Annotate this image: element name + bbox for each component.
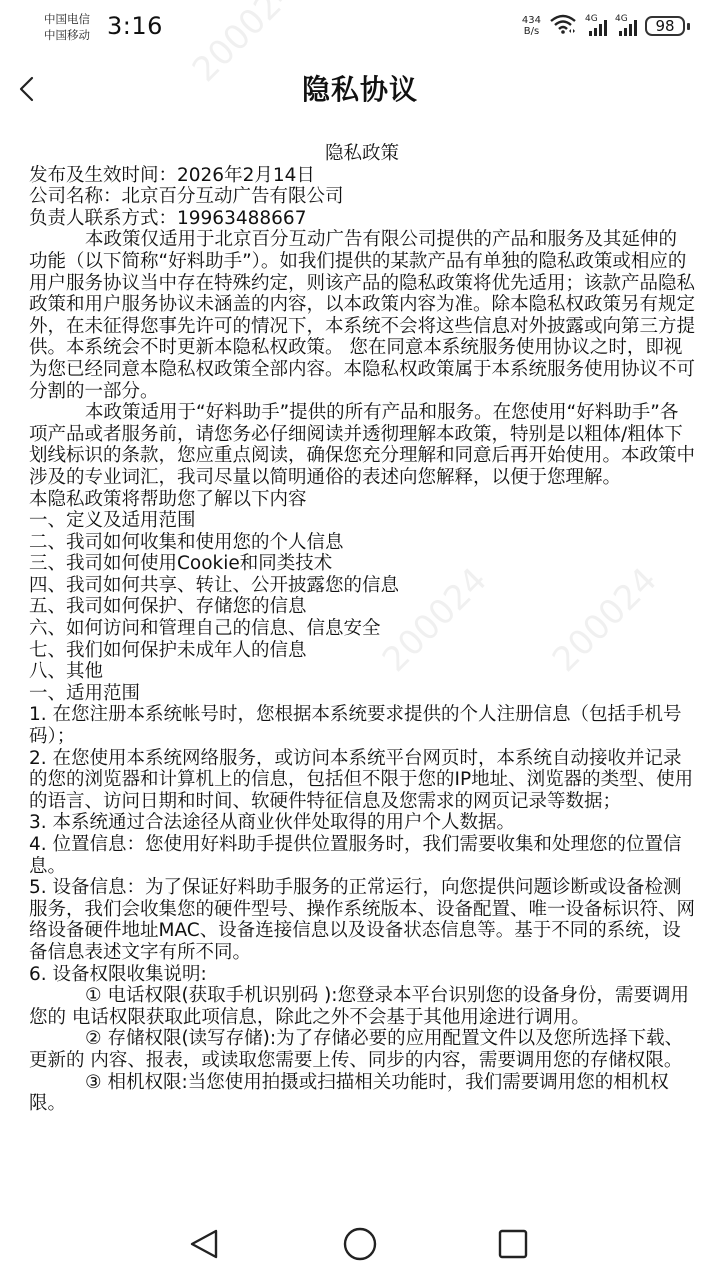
section-title: 一、适用范围	[29, 683, 695, 705]
sim2-signal-icon: 4G	[615, 16, 637, 36]
nav-recents-button[interactable]	[495, 1226, 531, 1262]
network-speed: 434 B/s	[522, 15, 541, 37]
intro-paragraph: 本政策仅适用于北京百分互动广告有限公司提供的产品和服务及其延伸的功能（以下简称“…	[29, 229, 695, 402]
status-icons: 434 B/s 4G 4G 98	[522, 14, 690, 38]
policy-item: 2. 在您使用本系统网络服务，或访问本系统平台网页时，本系统自动接收并记录的您的…	[29, 748, 695, 813]
nav-home-button[interactable]	[342, 1226, 378, 1262]
battery-icon: 98	[645, 16, 690, 36]
policy-item: 4. 位置信息：您使用好料助手提供位置服务时，我们需要收集和处理您的位置信息。	[29, 834, 695, 877]
permission-item: ① 电话权限(获取手机识别码 ):您登录本平台识别您的设备身份，需要调用您的 电…	[29, 985, 695, 1028]
net-speed-unit: B/s	[522, 26, 541, 37]
permission-item: ② 存储权限(读写存储):为了存储必要的应用配置文件以及您所选择下载、更新的 内…	[29, 1028, 695, 1071]
circle-home-icon	[342, 1247, 378, 1266]
intro-paragraph: 本政策适用于“好料助手”提供的所有产品和服务。在您使用“好料助手”各项产品或者服…	[29, 402, 695, 488]
page-title: 隐私协议	[0, 68, 720, 108]
net-speed-value: 434	[522, 15, 541, 26]
policy-item: 5. 设备信息：为了保证好料助手服务的正常运行，向您提供问题诊断或设备检测服务，…	[29, 877, 695, 963]
sim1-signal-icon: 4G	[585, 16, 607, 36]
contact-info: 负责人联系方式：19963488667	[29, 208, 695, 230]
clock: 3:16	[107, 12, 163, 40]
app-bar: 隐私协议	[0, 56, 720, 120]
effective-date: 发布及生效时间：2026年2月14日	[29, 165, 695, 187]
system-nav-bar	[0, 1208, 720, 1280]
carrier-2: 中国移动	[44, 27, 90, 43]
wifi-icon	[549, 14, 577, 38]
toc-item: 三、我司如何使用Cookie和同类技术	[29, 553, 695, 575]
privacy-policy-content[interactable]: 隐私政策 发布及生效时间：2026年2月14日 公司名称：北京百分互动广告有限公…	[29, 143, 695, 1115]
policy-item: 3. 本系统通过合法途径从商业伙伴处取得的用户个人数据。	[29, 812, 695, 834]
toc-item: 五、我司如何保护、存储您的信息	[29, 596, 695, 618]
document-title: 隐私政策	[29, 143, 695, 165]
toc-item: 一、定义及适用范围	[29, 510, 695, 532]
carrier-1: 中国电信	[44, 11, 90, 27]
permission-item: ③ 相机权限:当您使用拍摄或扫描相关功能时，我们需要调用您的相机权限。	[29, 1072, 695, 1115]
status-bar: 中国电信 中国移动 3:16 434 B/s 4G 4G 98	[0, 0, 720, 56]
square-recents-icon	[495, 1247, 531, 1266]
toc-item: 四、我司如何共享、转让、公开披露您的信息	[29, 575, 695, 597]
sim1-network-type: 4G	[585, 14, 598, 24]
toc-intro: 本隐私政策将帮助您了解以下内容	[29, 489, 695, 511]
toc-item: 六、如何访问和管理自己的信息、信息安全	[29, 618, 695, 640]
nav-back-button[interactable]	[186, 1226, 222, 1262]
carrier-info: 中国电信 中国移动	[44, 11, 90, 43]
toc-item: 七、我们如何保护未成年人的信息	[29, 640, 695, 662]
policy-item: 1. 在您注册本系统帐号时，您根据本系统要求提供的个人注册信息（包括手机号码）；	[29, 704, 695, 747]
sim2-network-type: 4G	[615, 14, 628, 24]
toc-item: 八、其他	[29, 661, 695, 683]
toc-item: 二、我司如何收集和使用您的个人信息	[29, 532, 695, 554]
triangle-back-icon	[186, 1247, 222, 1266]
battery-level: 98	[645, 16, 685, 36]
policy-item: 6. 设备权限收集说明:	[29, 964, 695, 986]
company-name: 公司名称：北京百分互动广告有限公司	[29, 186, 695, 208]
